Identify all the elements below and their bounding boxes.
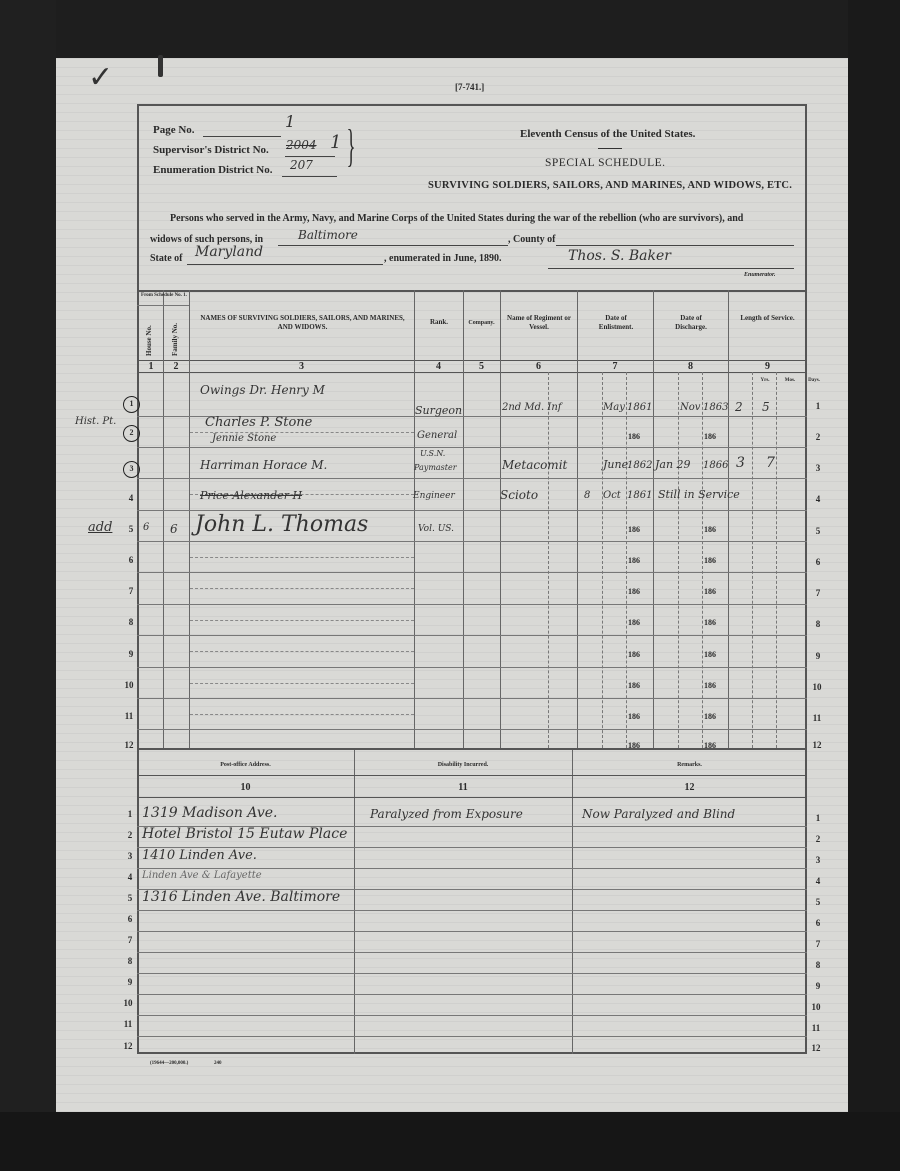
- row-rule: [137, 635, 807, 636]
- county-label: , County of: [508, 234, 556, 245]
- lower-row-num-right: 7: [811, 939, 825, 949]
- row11-enl-year: 186: [628, 712, 640, 721]
- lower-row-num-left: 6: [123, 914, 137, 924]
- row-num-right: 4: [811, 494, 825, 504]
- row-subrule: [190, 557, 414, 558]
- row-rule: [137, 572, 807, 573]
- col-divider: [653, 290, 654, 748]
- row8-enl-year: 186: [628, 618, 640, 627]
- page-no-label: Page No.: [153, 124, 195, 136]
- row-num-right: 5: [811, 526, 825, 536]
- title-census: Eleventh Census of the United States.: [520, 128, 695, 140]
- row1-dis-year: 1863: [703, 402, 728, 413]
- row2-name: Charles P. Stone: [205, 415, 312, 430]
- address-4: Linden Ave & Lafayette: [142, 870, 262, 881]
- state-label: State of: [150, 253, 183, 264]
- row-rule: [137, 994, 807, 995]
- lower-row-num-left: 8: [123, 956, 137, 966]
- lower-row-num-right: 3: [811, 855, 825, 865]
- row1-rank: Surgeon: [415, 404, 462, 417]
- address-3: 1410 Linden Ave.: [142, 848, 257, 863]
- row-rule: [137, 447, 807, 448]
- supervisor-district-struck: 2004: [286, 138, 317, 152]
- enumerated-text: , enumerated in June, 1890.: [384, 253, 502, 264]
- colnum-divider: [137, 372, 807, 373]
- row-num-right: 6: [811, 557, 825, 567]
- lower-row-num-left: 5: [123, 893, 137, 903]
- col-num-7: 7: [577, 361, 653, 372]
- sheet-number: 240: [214, 1061, 222, 1066]
- row-rule: [137, 952, 807, 953]
- address-1: 1319 Madison Ave.: [142, 805, 277, 821]
- row2-enl-year: 186: [628, 432, 640, 441]
- col-num-6: 6: [500, 361, 577, 372]
- lower-row-num-left: 1: [123, 809, 137, 819]
- lower-row-num-left: 9: [123, 977, 137, 987]
- lower-row-num-right: 9: [811, 981, 825, 991]
- checkmark-icon: ✓: [88, 60, 113, 95]
- row3-dis-month: Jan 29: [655, 458, 691, 471]
- col-subdivider: [626, 372, 627, 748]
- scan-border-top: [0, 0, 900, 58]
- row-num-right: 9: [811, 651, 825, 661]
- col-divider: [500, 290, 501, 748]
- row-rule: [137, 1015, 807, 1016]
- upper-table-top-rule: [137, 290, 807, 292]
- col-head-company: Company.: [463, 320, 500, 328]
- lower-row-num-right: 12: [809, 1043, 823, 1053]
- row-subrule: [190, 651, 414, 652]
- place-value: Baltimore: [298, 228, 358, 242]
- lower-row-num-right: 8: [811, 960, 825, 970]
- row-num-left: 5: [124, 524, 138, 534]
- row-rule: [137, 667, 807, 668]
- lower-row-num-right: 4: [811, 876, 825, 886]
- col-divider: [572, 750, 573, 1054]
- row-rule: [137, 910, 807, 911]
- row1-yrs: 2: [735, 400, 743, 414]
- address-5: 1316 Linden Ave. Baltimore: [142, 889, 340, 905]
- row10-enl-year: 186: [628, 681, 640, 690]
- enumeration-district-label: Enumeration District No.: [153, 164, 272, 176]
- row9-dis-year: 186: [704, 650, 716, 659]
- enumerator-label: Enumerator.: [744, 272, 776, 278]
- row8-dis-year: 186: [704, 618, 716, 627]
- print-code: (19644—200,000.): [150, 1061, 188, 1066]
- col-num-3: 3: [189, 361, 414, 372]
- col-head-address: Post-office Address.: [137, 762, 354, 770]
- row-num-right: 2: [811, 432, 825, 442]
- row-rule: [137, 478, 807, 479]
- from-schedule-rule: [137, 305, 189, 306]
- row-rule: [137, 931, 807, 932]
- row11-dis-year: 186: [704, 712, 716, 721]
- row5-dis-year: 186: [704, 525, 716, 534]
- col-subdivider: [548, 372, 549, 748]
- row1-mos: 5: [762, 400, 770, 414]
- row1-enl-month: May: [603, 402, 625, 413]
- row12-enl-year: 186: [628, 741, 640, 750]
- lower-row-num-right: 6: [811, 918, 825, 928]
- row3-enl-year: 1862: [627, 460, 652, 471]
- county-field: [556, 234, 794, 246]
- col-divider: [189, 290, 190, 748]
- row4-discharge: Still in Service: [658, 488, 740, 501]
- ink-mark: [158, 55, 163, 77]
- col-num-12: 12: [572, 782, 807, 793]
- lower-colnum-divider: [137, 797, 807, 798]
- col-subdivider: [702, 372, 703, 748]
- col-head-length: Length of Service.: [740, 314, 795, 323]
- row4-enl-year: 1861: [627, 490, 652, 501]
- col-head-regiment: Name of Regiment or Vessel.: [503, 314, 575, 332]
- row6-enl-year: 186: [628, 556, 640, 565]
- col-num-5: 5: [463, 361, 500, 372]
- col-head-disability: Disability Incurred.: [354, 762, 572, 770]
- row4-rank: Engineer: [413, 491, 455, 501]
- row5-house: 6: [143, 522, 149, 533]
- row-num-left: 7: [124, 586, 138, 596]
- row7-dis-year: 186: [704, 587, 716, 596]
- row4-name: Price Alexander H: [200, 489, 302, 502]
- col-head-remarks: Remarks.: [572, 762, 807, 770]
- row1-enl-year: 1861: [627, 402, 652, 413]
- row-num-left: 6: [124, 555, 138, 565]
- row-num-right: 10: [810, 682, 824, 692]
- row5-rank: Vol. US.: [418, 524, 454, 534]
- col-divider: [577, 290, 578, 748]
- col-num-10: 10: [137, 782, 354, 793]
- row-circle-3: 3: [123, 461, 140, 478]
- row-num-right: 7: [811, 588, 825, 598]
- scan-border-bottom: [0, 1112, 900, 1171]
- row-rule: [137, 698, 807, 699]
- row-num-right: 3: [811, 463, 825, 473]
- col-num-1: 1: [139, 361, 163, 372]
- lower-row-num-left: 7: [123, 935, 137, 945]
- col-num-8: 8: [653, 361, 728, 372]
- row-num-right: 11: [810, 713, 824, 723]
- row5-enl-year: 186: [628, 525, 640, 534]
- row-rule: [137, 604, 807, 605]
- row-num-right: 8: [811, 619, 825, 629]
- row1-dis-month: Nov: [680, 402, 700, 413]
- state-value: Maryland: [195, 244, 263, 260]
- row-rule: [137, 868, 807, 869]
- row9-enl-year: 186: [628, 650, 640, 659]
- scan-border-right: [848, 0, 900, 1171]
- row-subrule: [190, 588, 414, 589]
- brace-icon: }: [347, 116, 356, 176]
- row3-mos: 7: [766, 455, 775, 471]
- row3-rank-top: U.S.N.: [420, 449, 445, 458]
- margin-note-add: add: [88, 520, 112, 535]
- lower-row-num-left: 3: [123, 851, 137, 861]
- row7-enl-year: 186: [628, 587, 640, 596]
- col-num-11: 11: [354, 782, 572, 793]
- lower-row-num-right: 11: [809, 1023, 823, 1033]
- row3-regiment: Metacomit: [502, 458, 567, 472]
- lower-row-num-left: 11: [121, 1019, 135, 1029]
- row2-rank: General: [417, 430, 457, 441]
- col-subdivider: [776, 372, 777, 748]
- row-rule: [137, 510, 807, 511]
- subcol-days: Days.: [802, 378, 826, 384]
- lower-row-num-right: 1: [811, 813, 825, 823]
- enumerator-signature: Thos. S. Baker: [568, 248, 671, 264]
- page-no-field: [203, 125, 281, 137]
- row3-name: Harriman Horace M.: [200, 458, 327, 472]
- title-surviving: SURVIVING SOLDIERS, SAILORS, AND MARINES…: [428, 180, 792, 191]
- title-divider: [598, 148, 622, 149]
- margin-note-hist: Hist. Pt.: [75, 416, 116, 427]
- supervisor-district-value: 1: [330, 132, 341, 153]
- row1-name: Owings Dr. Henry M: [200, 383, 325, 397]
- row-subrule: [190, 714, 414, 715]
- supervisor-district-label: Supervisor's District No.: [153, 144, 269, 156]
- row3-rank: Paymaster: [414, 463, 457, 472]
- col-head-rank: Rank.: [415, 318, 463, 327]
- title-special-schedule: SPECIAL SCHEDULE.: [545, 157, 666, 169]
- subcol-mos: Mos.: [778, 378, 802, 384]
- row3-enl-month: June: [603, 458, 628, 471]
- row-rule: [137, 1036, 807, 1037]
- row-num-left: 11: [122, 711, 136, 721]
- col-num-4: 4: [414, 361, 463, 372]
- col-head-family-no: Family No.: [171, 323, 179, 356]
- row3-yrs: 3: [736, 455, 745, 471]
- col-subdivider: [752, 372, 753, 748]
- row4-enl-month: Oct: [603, 490, 621, 501]
- row-num-left: 9: [124, 649, 138, 659]
- row5-family: 6: [170, 522, 178, 536]
- row3-dis-year: 1866: [703, 460, 728, 471]
- lower-row-num-left: 4: [123, 872, 137, 882]
- col-subdivider: [602, 372, 603, 748]
- row-circle-2: 2: [123, 425, 140, 442]
- disability-1: Paralyzed from Exposure: [370, 807, 523, 821]
- row12-dis-year: 186: [704, 741, 716, 750]
- lower-header-divider: [137, 775, 807, 776]
- col-num-9: 9: [728, 361, 807, 372]
- col-head-discharge: Date of Discharge.: [665, 314, 717, 332]
- scan-border-left: [0, 0, 56, 1171]
- row4-company: 8: [584, 490, 590, 501]
- enumeration-district-value: 207: [290, 158, 313, 172]
- row5-name: John L. Thomas: [195, 512, 368, 537]
- from-schedule-label: From Schedule No. 1.: [139, 293, 189, 299]
- col-head-enlistment: Date of Enlistment.: [590, 314, 642, 332]
- row-subrule: [190, 620, 414, 621]
- row1-regiment: 2nd Md. Inf: [502, 402, 561, 413]
- row-circle-1: 1: [123, 396, 140, 413]
- col-divider: [728, 290, 729, 748]
- col-divider: [414, 290, 415, 748]
- row-num-left: 12: [122, 740, 136, 750]
- col-num-2: 2: [163, 361, 189, 372]
- row-num-left: 4: [124, 493, 138, 503]
- row-rule: [137, 729, 807, 730]
- lower-row-num-right: 2: [811, 834, 825, 844]
- row4-regiment: Scioto: [500, 488, 538, 502]
- remarks-1: Now Paralyzed and Blind: [582, 807, 735, 821]
- col-subdivider: [678, 372, 679, 748]
- lower-row-num-right: 10: [809, 1002, 823, 1012]
- row2-dis-year: 186: [704, 432, 716, 441]
- lower-row-num-left: 2: [123, 830, 137, 840]
- col-head-house-no: House No.: [145, 325, 153, 356]
- lower-row-num-right: 5: [811, 897, 825, 907]
- address-2: Hotel Bristol 15 Eutaw Place: [142, 826, 347, 842]
- subcol-yrs: Yrs.: [754, 378, 776, 384]
- row-rule: [137, 541, 807, 542]
- row-num-left: 10: [122, 680, 136, 690]
- row-subrule: [190, 683, 414, 684]
- col-divider: [354, 750, 355, 1054]
- row-rule: [137, 973, 807, 974]
- row-num-right: 12: [810, 740, 824, 750]
- row10-dis-year: 186: [704, 681, 716, 690]
- lower-row-num-left: 10: [121, 998, 135, 1008]
- row-num-right: 1: [811, 401, 825, 411]
- page-no-value: 1: [285, 112, 295, 131]
- intro-text: Persons who served in the Army, Navy, an…: [170, 213, 743, 224]
- col-head-names: NAMES OF SURVIVING SOLDIERS, SAILORS, AN…: [200, 314, 405, 332]
- col-divider: [463, 290, 464, 748]
- lower-row-num-left: 12: [121, 1041, 135, 1051]
- row2-name-widow: Jennie Stone: [212, 433, 276, 444]
- row-num-left: 8: [124, 617, 138, 627]
- col-divider: [163, 290, 164, 748]
- row6-dis-year: 186: [704, 556, 716, 565]
- form-code: [7-741.]: [455, 82, 484, 92]
